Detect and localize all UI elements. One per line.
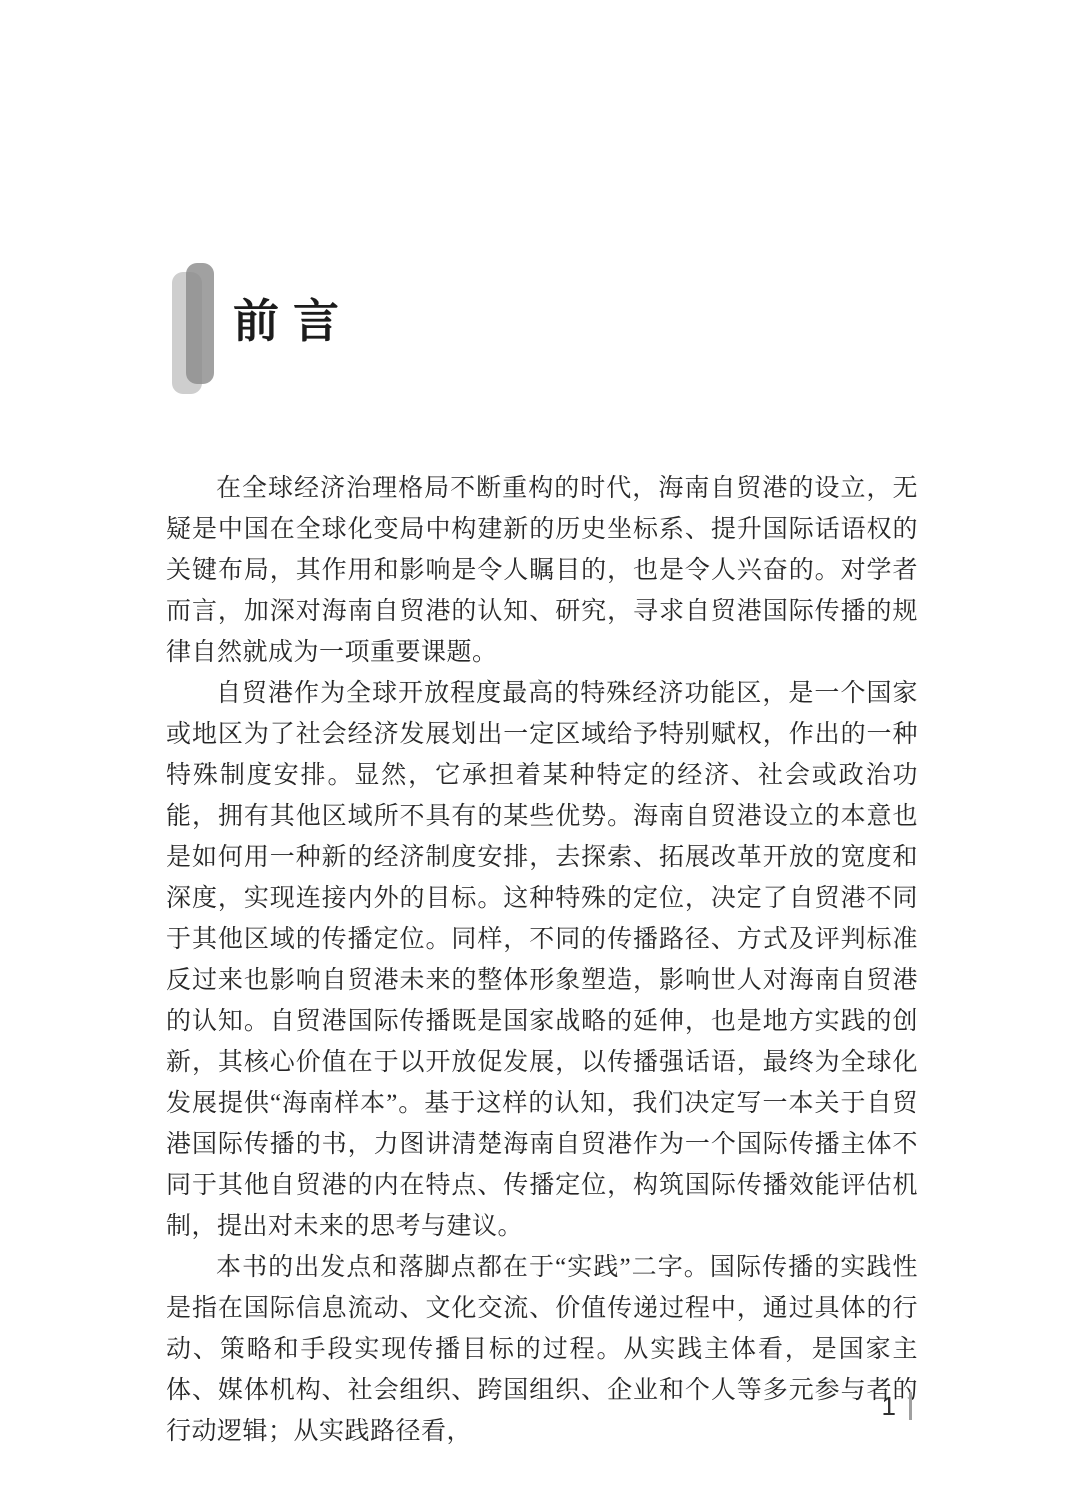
page-number: 1	[882, 1392, 896, 1420]
preface-header: 前言	[0, 0, 1080, 420]
page-title: 前言	[233, 297, 353, 348]
paragraph-3: 本书的出发点和落脚点都在于“实践”二字。国际传播的实践性是指在国际信息流动、文化…	[166, 1247, 918, 1452]
paragraph-1: 在全球经济治理格局不断重构的时代，海南自贸港的设立，无疑是中国在全球化变局中构建…	[166, 468, 918, 673]
page-footer: 1	[882, 1392, 912, 1420]
preface-body: 在全球经济治理格局不断重构的时代，海南自贸港的设立，无疑是中国在全球化变局中构建…	[166, 468, 918, 1452]
paragraph-2: 自贸港作为全球开放程度最高的特殊经济功能区，是一个国家或地区为了社会经济发展划出…	[166, 673, 918, 1247]
deco-bar-front-icon	[186, 263, 214, 384]
book-page: 前言 在全球经济治理格局不断重构的时代，海南自贸港的设立，无疑是中国在全球化变局…	[0, 0, 1080, 1510]
footer-rule	[909, 1392, 912, 1420]
